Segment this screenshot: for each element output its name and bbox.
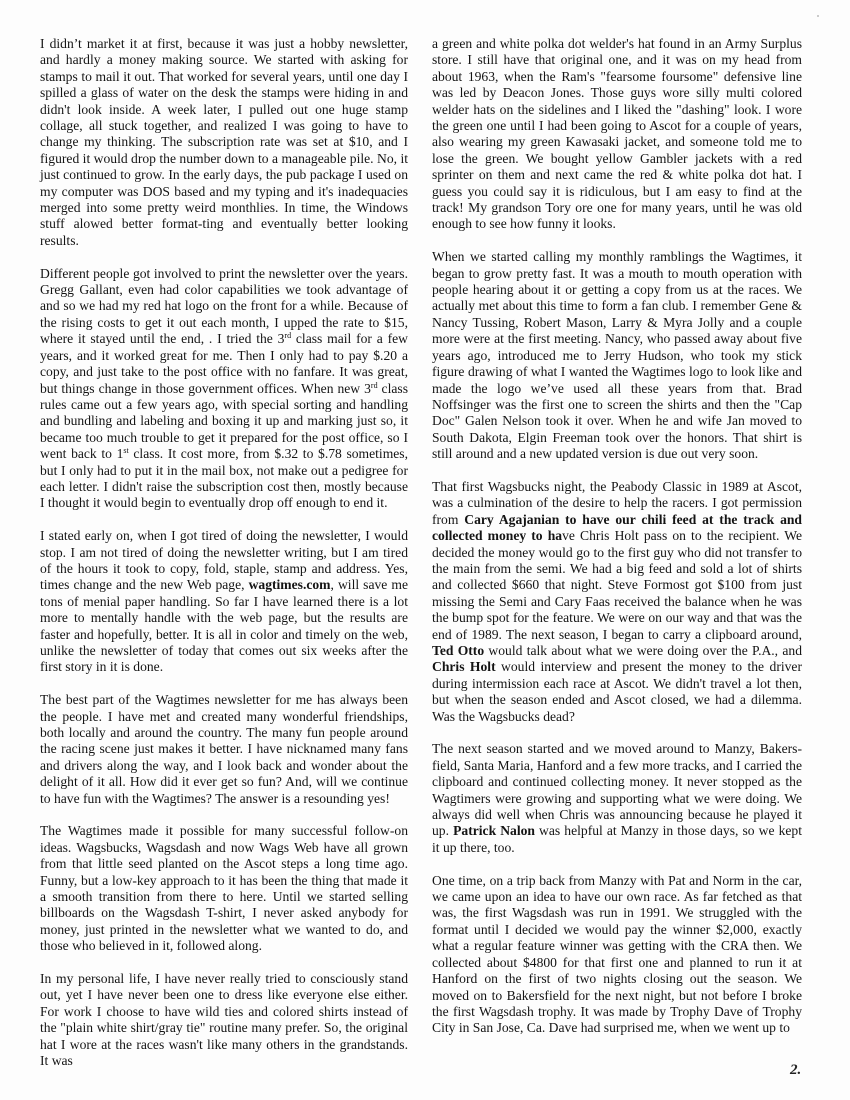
paragraph-personal-life: In my personal life, I have never really…	[40, 971, 408, 1069]
paragraph-fan-club: When we started calling my monthly rambl…	[432, 249, 802, 462]
paragraph-hat: a green and white polka dot welder's hat…	[432, 36, 802, 233]
paragraph-follow-on-ideas: The Wagtimes made it possible for many s…	[40, 823, 408, 954]
left-column: I didn’t market it at first, because it …	[40, 36, 408, 1086]
paragraph-next-season: The next season started and we moved aro…	[432, 741, 802, 856]
paragraph-subscriptions: I didn’t market it at first, because it …	[40, 36, 408, 249]
newsletter-page: I didn’t market it at first, because it …	[0, 0, 850, 1100]
bold-name: Patrick Nalon	[453, 823, 535, 838]
paragraph-wagsdash: One time, on a trip back from Manzy with…	[432, 873, 802, 1037]
paragraph-wagsbucks: That first Wagsbucks night, the Peabody …	[432, 479, 802, 725]
right-column: a green and white polka dot welder's hat…	[432, 36, 802, 1053]
bold-name: Chris Holt	[432, 659, 496, 674]
paragraph-web-page: I stated early on, when I got tired of d…	[40, 528, 408, 676]
ordinal-suffix: rd	[371, 381, 378, 390]
website-name: wagtimes.com	[249, 577, 331, 592]
paragraph-people: The best part of the Wagtimes newsletter…	[40, 692, 408, 807]
bold-name: Ted Otto	[432, 643, 484, 658]
text-run: would talk about what we were doing over…	[484, 643, 802, 658]
page-number: 2.	[790, 1062, 801, 1079]
paragraph-printing: Different people got involved to print t…	[40, 266, 408, 512]
text-run: ve Chris Holt pass on to the recipient. …	[432, 528, 802, 641]
scan-speck	[817, 15, 819, 17]
